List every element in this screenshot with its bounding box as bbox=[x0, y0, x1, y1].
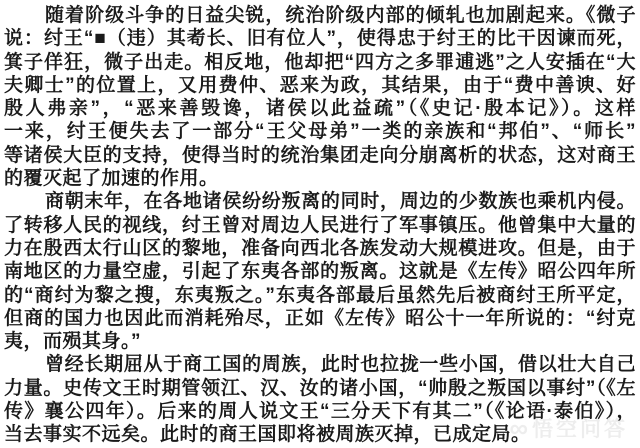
text-body: 随着阶级斗争的日益尖锐，统治阶级内部的倾轧也加剧起来。《微子篇》说：纣王“■（违… bbox=[4, 4, 636, 447]
text-line: 曾经长期屈从于商工国的周族，此时也拉拢一些小国，借以壮大自己的 bbox=[4, 353, 636, 376]
text-line: 但商的国力也因此而消耗殆尽，正如《左传》昭公十一年所说的：“纣克东 bbox=[4, 307, 636, 330]
text-line: 了转移人民的视线，纣王曾对周边人民进行了军事镇压。他曾集中大量的兵 bbox=[4, 214, 636, 237]
text-line: 箕子佯狂，微子出走。相反地，他却把“四方之多罪逋逃”之人安插在“大 bbox=[4, 51, 636, 74]
text-line: 南地区的力量空虚，引起了东夷各部的叛离。这就是《左传》昭公四年所说 bbox=[4, 260, 636, 283]
text-line: 的“商纣为黎之搜，东夷叛之。”东夷各部最后虽然先后被商纣王所平定， bbox=[4, 284, 636, 307]
text-line: 当去事实不远矣。此时的商王国即将被周族灭掉，已成定局。 bbox=[4, 423, 636, 446]
text-line: 力在殷西太行山区的黎地，准备向西北各族发动大规模进攻。但是，由于东 bbox=[4, 237, 636, 260]
text-line: 夷，而殒其身。” bbox=[4, 330, 636, 353]
document-page: 随着阶级斗争的日益尖锐，统治阶级内部的倾轧也加剧起来。《微子篇》说：纣王“■（违… bbox=[0, 0, 640, 448]
paragraph: 商朝末年，在各地诸侯纷纷叛离的同时，周边的少数族也乘机内侵。为了转移人民的视线，… bbox=[4, 190, 636, 353]
text-line: 的覆灭起了加速的作用。 bbox=[4, 167, 636, 190]
text-line: 殷人弗亲”，“恶来善毁谗，诸侯以此益疏”（《史记·殷本记》）。这样 bbox=[4, 97, 636, 120]
paragraph: 曾经长期屈从于商工国的周族，此时也拉拢一些小国，借以壮大自己的力量。史传文王时期… bbox=[4, 353, 636, 446]
paragraph: 随着阶级斗争的日益尖锐，统治阶级内部的倾轧也加剧起来。《微子篇》说：纣王“■（违… bbox=[4, 4, 636, 190]
text-line: 说：纣王“■（违）其耇长、旧有位人”，使得忠于纣王的比干因谏而死， bbox=[4, 27, 636, 50]
text-line: 一来，纣王便失去了一部分“王父母弟”一类的亲族和“邦伯”、“师长” bbox=[4, 120, 636, 143]
text-line: 传》襄公四年）。后来的周人说文王“三分天下有其二”（《论语·泰伯》）， bbox=[4, 400, 636, 423]
text-line: 夫卿士”的位置上，又用费仲、恶来为政，其结果，由于“费中善谀、好利， bbox=[4, 74, 636, 97]
text-line: 力量。史传文王时期管领江、汉、汝的诸小国，“帅殷之叛国以事纣”（《左 bbox=[4, 377, 636, 400]
text-line: 随着阶级斗争的日益尖锐，统治阶级内部的倾轧也加剧起来。《微子篇》 bbox=[4, 4, 636, 27]
text-line: 商朝末年，在各地诸侯纷纷叛离的同时，周边的少数族也乘机内侵。为 bbox=[4, 190, 636, 213]
text-line: 等诸侯大臣的支持，使得当时的统治集团走向分崩离析的状态，这对商王国 bbox=[4, 144, 636, 167]
